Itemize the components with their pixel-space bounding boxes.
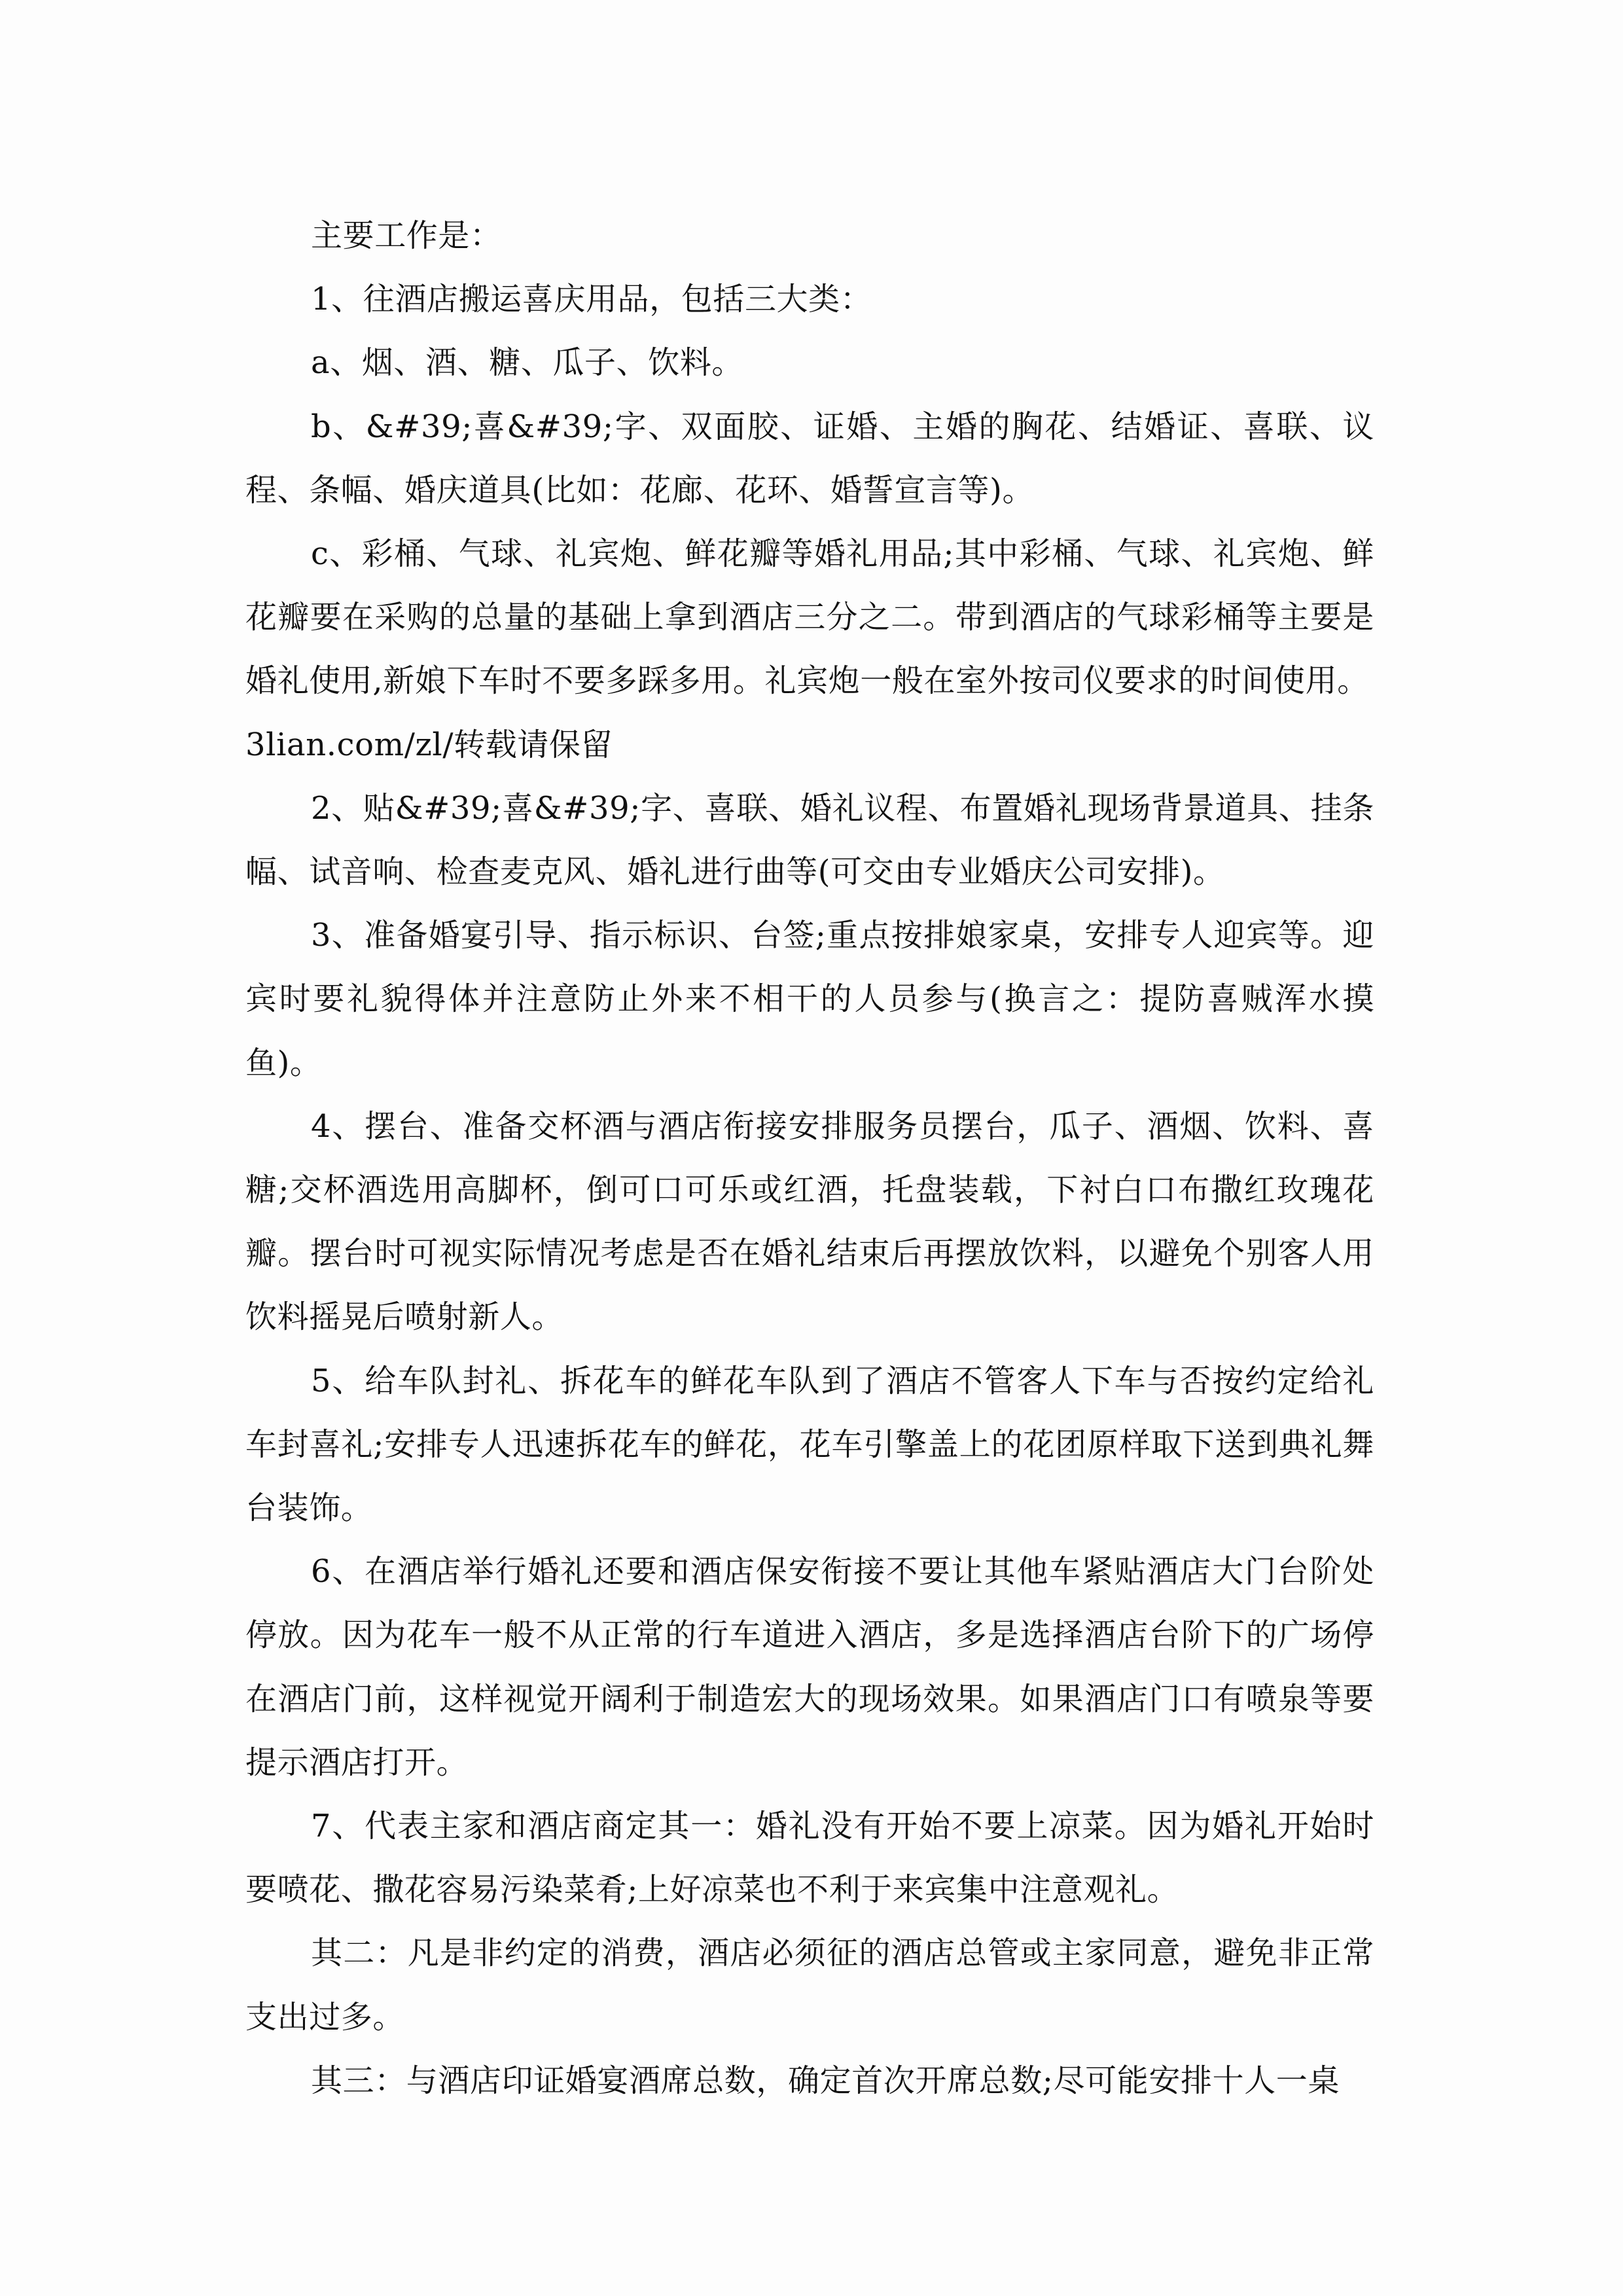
item-7-second-paragraph: 其二：凡是非约定的消费，酒店必须征的酒店总管或主家同意，避免非正常支出过多。 xyxy=(245,1922,1374,2049)
item-4-paragraph: 4、摆台、准备交杯酒与酒店衔接安排服务员摆台，瓜子、酒烟、饮料、喜糖;交杯酒选用… xyxy=(245,1095,1374,1350)
item-6-paragraph: 6、在酒店举行婚礼还要和酒店保安衔接不要让其他车紧贴酒店大门台阶处停放。因为花车… xyxy=(245,1540,1374,1795)
intro-paragraph: 主要工作是： xyxy=(245,204,1374,268)
document-page: 主要工作是： 1、往酒店搬运喜庆用品，包括三大类： a、烟、酒、糖、瓜子、饮料。… xyxy=(245,204,1374,2113)
item-5-paragraph: 5、给车队封礼、拆花车的鲜花车队到了酒店不管客人下车与否按约定给礼车封喜礼;安排… xyxy=(245,1350,1374,1541)
watermark-line: 3lian.com/zl/转载请保留 xyxy=(245,713,1374,777)
item-1a-paragraph: a、烟、酒、糖、瓜子、饮料。 xyxy=(245,331,1374,395)
item-1c-paragraph: c、彩桶、气球、礼宾炮、鲜花瓣等婚礼用品;其中彩桶、气球、礼宾炮、鲜花瓣要在采购… xyxy=(245,522,1374,713)
item-2-paragraph: 2、贴&#39;喜&#39;字、喜联、婚礼议程、布置婚礼现场背景道具、挂条幅、试… xyxy=(245,777,1374,904)
item-1b-paragraph: b、&#39;喜&#39;字、双面胶、证婚、主婚的胸花、结婚证、喜联、议程、条幅… xyxy=(245,395,1374,522)
item-3-paragraph: 3、准备婚宴引导、指示标识、台签;重点按排娘家桌，安排专人迎宾等。迎宾时要礼貌得… xyxy=(245,904,1374,1095)
item-7-paragraph: 7、代表主家和酒店商定其一：婚礼没有开始不要上凉菜。因为婚礼开始时要喷花、撒花容… xyxy=(245,1795,1374,1922)
item-7-third-paragraph: 其三：与酒店印证婚宴酒席总数，确定首次开席总数;尽可能安排十人一桌 xyxy=(245,2049,1374,2113)
item-1-paragraph: 1、往酒店搬运喜庆用品，包括三大类： xyxy=(245,268,1374,331)
